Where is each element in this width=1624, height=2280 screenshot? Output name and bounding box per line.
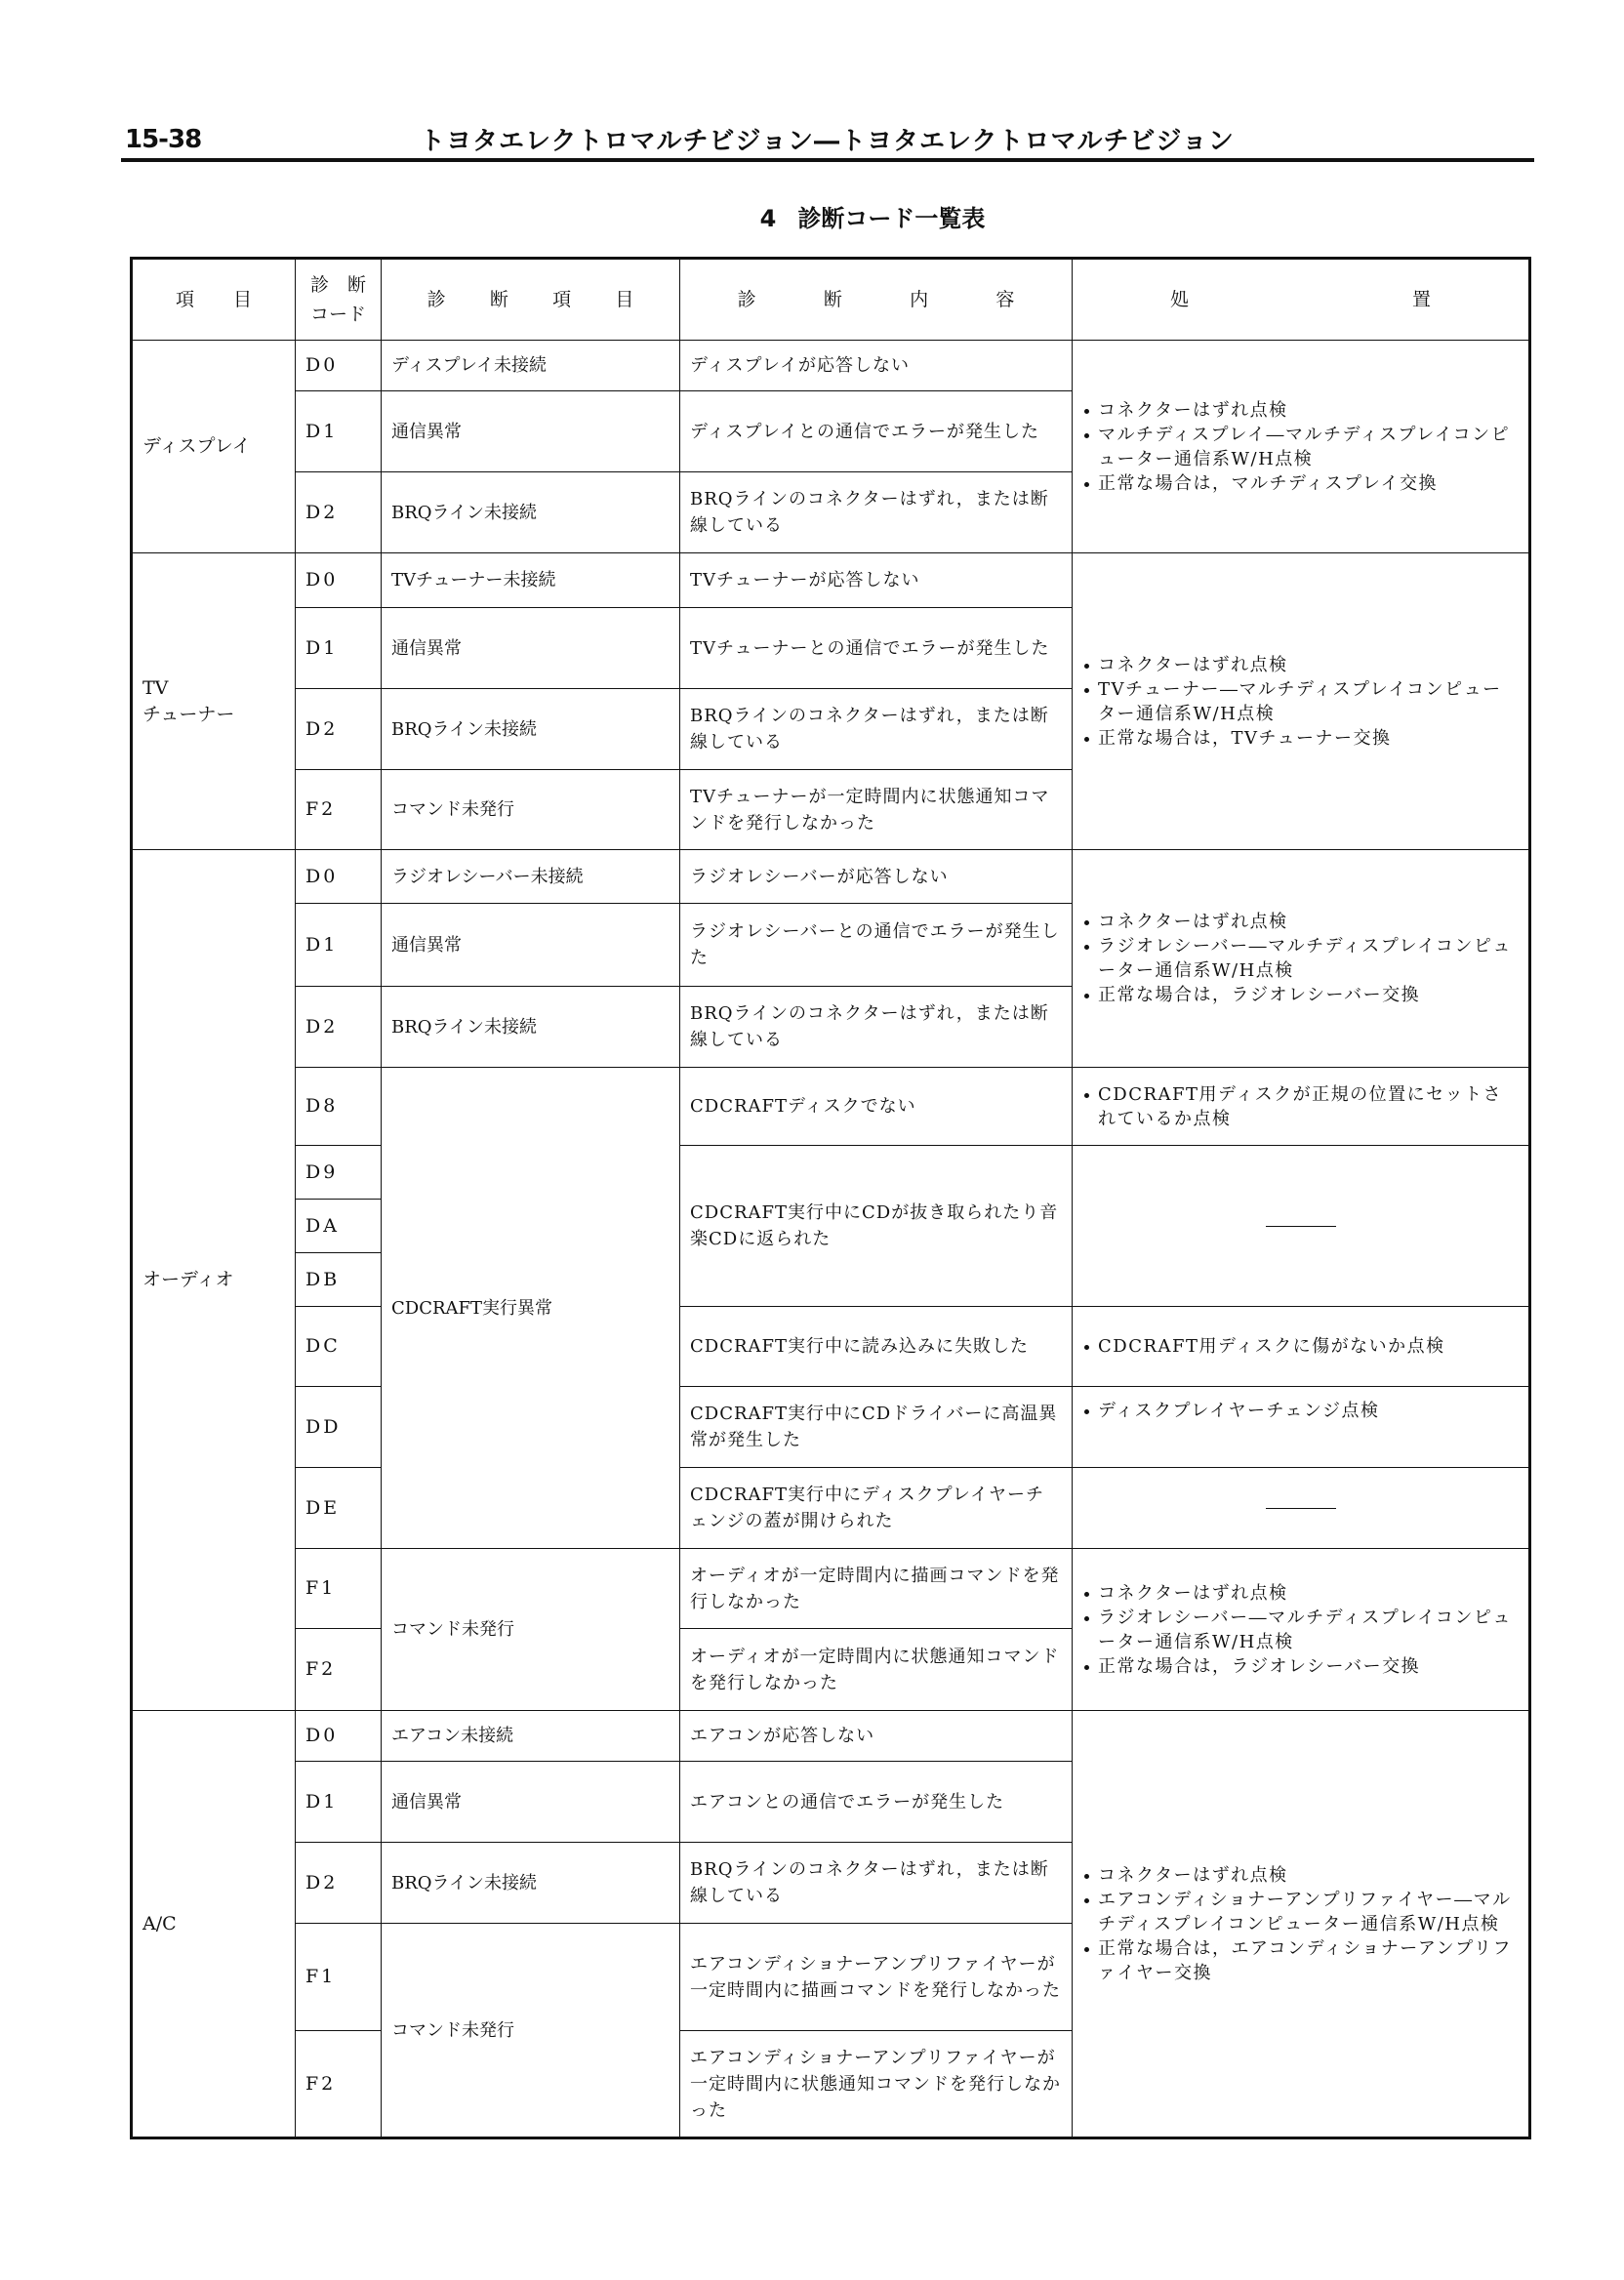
name-cell: 通信異常 bbox=[382, 608, 680, 689]
code-cell: D0 bbox=[296, 553, 382, 608]
header-detail: 診断内容 bbox=[680, 259, 1073, 341]
code-cell: DE bbox=[296, 1468, 382, 1549]
code-cell: D0 bbox=[296, 1711, 382, 1762]
detail-cell: CDCRAFT実行中にCDが抜き取られたり音楽CDに返られた bbox=[680, 1146, 1073, 1307]
name-cell: TVチューナー未接続 bbox=[382, 553, 680, 608]
action-item: 正常な場合は，マルチディスプレイ交換 bbox=[1082, 471, 1519, 496]
detail-cell: ラジオレシーバーとの通信でエラーが発生した bbox=[680, 904, 1073, 987]
name-cell: エアコン未接続 bbox=[382, 1711, 680, 1762]
action-item: コネクターはずれ点検 bbox=[1082, 1863, 1519, 1888]
name-cell: 通信異常 bbox=[382, 391, 680, 472]
name-cell: CDCRAFT実行異常 bbox=[382, 1068, 680, 1549]
detail-cell: TVチューナーとの通信でエラーが発生した bbox=[680, 608, 1073, 689]
action-cell: コネクターはずれ点検 エアコンディショナーアンプリファイヤー―マルチディスプレイ… bbox=[1073, 1711, 1530, 2138]
action-cell: コネクターはずれ点検 ラジオレシーバー―マルチディスプレイコンピューター通信系W… bbox=[1073, 1549, 1530, 1711]
code-cell: D2 bbox=[296, 689, 382, 770]
detail-cell: ディスプレイが応答しない bbox=[680, 341, 1073, 391]
action-item: コネクターはずれ点検 bbox=[1082, 398, 1519, 423]
group-tv-tuner: TVチューナー bbox=[132, 553, 296, 850]
detail-cell: エアコンディショナーアンプリファイヤーが一定時間内に描画コマンドを発行しなかった bbox=[680, 1924, 1073, 2031]
detail-cell: ラジオレシーバーが応答しない bbox=[680, 850, 1073, 904]
code-cell: F2 bbox=[296, 1629, 382, 1711]
detail-cell: TVチューナーが一定時間内に状態通知コマンドを発行しなかった bbox=[680, 770, 1073, 850]
table-row: TVチューナー D0 TVチューナー未接続 TVチューナーが応答しない コネクタ… bbox=[132, 553, 1530, 608]
detail-cell: BRQラインのコネクターはずれ，または断線している bbox=[680, 472, 1073, 553]
running-title: トヨタエレクトロマルチビジョン―トヨタエレクトロマルチビジョン bbox=[420, 121, 1235, 157]
code-cell: D2 bbox=[296, 472, 382, 553]
action-cell-none bbox=[1073, 1468, 1530, 1549]
table-row: オーディオ D0 ラジオレシーバー未接続 ラジオレシーバーが応答しない コネクタ… bbox=[132, 850, 1530, 904]
code-cell: F1 bbox=[296, 1924, 382, 2031]
name-cell: BRQライン未接続 bbox=[382, 472, 680, 553]
page-number: 15-38 bbox=[125, 125, 201, 154]
code-cell: F1 bbox=[296, 1549, 382, 1629]
action-cell: コネクターはずれ点検 TVチューナー―マルチディスプレイコンピューター通信系W/… bbox=[1073, 553, 1530, 850]
code-cell: F2 bbox=[296, 2031, 382, 2138]
detail-cell: エアコンとの通信でエラーが発生した bbox=[680, 1762, 1073, 1843]
group-ac: A/C bbox=[132, 1711, 296, 2138]
name-cell: 通信異常 bbox=[382, 904, 680, 987]
table-row: D8 CDCRAFT実行異常 CDCRAFTディスクでない CDCRAFT用ディ… bbox=[132, 1068, 1530, 1146]
code-cell: DA bbox=[296, 1200, 382, 1253]
table-row: A/C D0 エアコン未接続 エアコンが応答しない コネクターはずれ点検 エアコ… bbox=[132, 1711, 1530, 1762]
name-cell: ディスプレイ未接続 bbox=[382, 341, 680, 391]
action-cell: CDCRAFT用ディスクが正規の位置にセットされているか点検 bbox=[1073, 1068, 1530, 1146]
detail-cell: オーディオが一定時間内に状態通知コマンドを発行しなかった bbox=[680, 1629, 1073, 1711]
table-row: DE CDCRAFT実行中にディスクプレイヤーチェンジの蓋が開けられた bbox=[132, 1468, 1530, 1549]
code-cell: DD bbox=[296, 1387, 382, 1468]
detail-cell: CDCRAFT実行中にディスクプレイヤーチェンジの蓋が開けられた bbox=[680, 1468, 1073, 1549]
code-cell: F2 bbox=[296, 770, 382, 850]
action-item: CDCRAFT用ディスクが正規の位置にセットされているか点検 bbox=[1082, 1082, 1519, 1131]
name-cell: BRQライン未接続 bbox=[382, 1843, 680, 1924]
section-title: 4診断コード一覧表 bbox=[0, 199, 1624, 233]
table-row: DD CDCRAFT実行中にCDドライバーに高温異常が発生した ディスクプレイヤ… bbox=[132, 1387, 1530, 1468]
detail-cell: CDCRAFT実行中にCDドライバーに高温異常が発生した bbox=[680, 1387, 1073, 1468]
action-item: マルチディスプレイ―マルチディスプレイコンピューター通信系W/H点検 bbox=[1082, 423, 1519, 471]
name-cell: 通信異常 bbox=[382, 1762, 680, 1843]
code-cell: D0 bbox=[296, 341, 382, 391]
header-item: 項目 bbox=[132, 259, 296, 341]
code-cell: D2 bbox=[296, 987, 382, 1068]
group-audio: オーディオ bbox=[132, 850, 296, 1711]
action-cell: ディスクプレイヤーチェンジ点検 bbox=[1073, 1387, 1530, 1468]
action-item: 正常な場合は，ラジオレシーバー交換 bbox=[1082, 1654, 1519, 1679]
action-item: コネクターはずれ点検 bbox=[1082, 1581, 1519, 1606]
table-row: D9 CDCRAFT実行中にCDが抜き取られたり音楽CDに返られた bbox=[132, 1146, 1530, 1200]
section-number: 4 bbox=[760, 205, 777, 232]
action-item: 正常な場合は，エアコンディショナーアンプリファイヤー交換 bbox=[1082, 1936, 1519, 1985]
detail-cell: ディスプレイとの通信でエラーが発生した bbox=[680, 391, 1073, 472]
action-item: ラジオレシーバー―マルチディスプレイコンピューター通信系W/H点検 bbox=[1082, 934, 1519, 983]
code-cell: D1 bbox=[296, 391, 382, 472]
action-item: ディスクプレイヤーチェンジ点検 bbox=[1082, 1399, 1519, 1423]
code-cell: D2 bbox=[296, 1843, 382, 1924]
detail-cell: BRQラインのコネクターはずれ，または断線している bbox=[680, 689, 1073, 770]
code-cell: D9 bbox=[296, 1146, 382, 1200]
detail-cell: エアコンディショナーアンプリファイヤーが一定時間内に状態通知コマンドを発行しなか… bbox=[680, 2031, 1073, 2138]
action-item: CDCRAFT用ディスクに傷がないか点検 bbox=[1082, 1334, 1519, 1359]
group-display: ディスプレイ bbox=[132, 341, 296, 553]
header-code: 診 断コード bbox=[296, 259, 382, 341]
detail-cell: BRQラインのコネクターはずれ，または断線している bbox=[680, 1843, 1073, 1924]
name-cell: コマンド未発行 bbox=[382, 1924, 680, 2138]
code-cell: D0 bbox=[296, 850, 382, 904]
detail-cell: CDCRAFTディスクでない bbox=[680, 1068, 1073, 1146]
action-item: 正常な場合は，TVチューナー交換 bbox=[1082, 726, 1519, 751]
name-cell: BRQライン未接続 bbox=[382, 689, 680, 770]
header-action: 処置 bbox=[1073, 259, 1530, 341]
code-cell: D1 bbox=[296, 1762, 382, 1843]
detail-cell: オーディオが一定時間内に描画コマンドを発行しなかった bbox=[680, 1549, 1073, 1629]
code-cell: DB bbox=[296, 1253, 382, 1307]
detail-cell: エアコンが応答しない bbox=[680, 1711, 1073, 1762]
dash-line bbox=[1266, 1508, 1336, 1510]
action-cell: CDCRAFT用ディスクに傷がないか点検 bbox=[1073, 1307, 1530, 1387]
table-row: ディスプレイ D0 ディスプレイ未接続 ディスプレイが応答しない コネクターはず… bbox=[132, 341, 1530, 391]
action-item: コネクターはずれ点検 bbox=[1082, 653, 1519, 677]
table-header-row: 項目 診 断コード 診断項目 診断内容 処置 bbox=[132, 259, 1530, 341]
detail-cell: CDCRAFT実行中に読み込みに失敗した bbox=[680, 1307, 1073, 1387]
action-item: 正常な場合は，ラジオレシーバー交換 bbox=[1082, 983, 1519, 1007]
dash-line bbox=[1266, 1226, 1336, 1228]
name-cell: コマンド未発行 bbox=[382, 1549, 680, 1711]
detail-cell: BRQラインのコネクターはずれ，または断線している bbox=[680, 987, 1073, 1068]
name-cell: BRQライン未接続 bbox=[382, 987, 680, 1068]
action-item: TVチューナー―マルチディスプレイコンピューター通信系W/H点検 bbox=[1082, 677, 1519, 726]
detail-cell: TVチューナーが応答しない bbox=[680, 553, 1073, 608]
table-row: DC CDCRAFT実行中に読み込みに失敗した CDCRAFT用ディスクに傷がな… bbox=[132, 1307, 1530, 1387]
code-cell: D1 bbox=[296, 904, 382, 987]
code-cell: D1 bbox=[296, 608, 382, 689]
header-name: 診断項目 bbox=[382, 259, 680, 341]
action-item: コネクターはずれ点検 bbox=[1082, 910, 1519, 934]
name-cell: ラジオレシーバー未接続 bbox=[382, 850, 680, 904]
action-item: ラジオレシーバー―マルチディスプレイコンピューター通信系W/H点検 bbox=[1082, 1606, 1519, 1654]
action-cell: コネクターはずれ点検 ラジオレシーバー―マルチディスプレイコンピューター通信系W… bbox=[1073, 850, 1530, 1068]
name-cell: コマンド未発行 bbox=[382, 770, 680, 850]
action-cell-none bbox=[1073, 1146, 1530, 1307]
diagnostic-code-table: 項目 診 断コード 診断項目 診断内容 処置 ディスプレイ D0 ディスプレイ未… bbox=[130, 257, 1531, 2139]
table-row: F1 コマンド未発行 オーディオが一定時間内に描画コマンドを発行しなかった コネ… bbox=[132, 1549, 1530, 1629]
code-cell: D8 bbox=[296, 1068, 382, 1146]
action-cell: コネクターはずれ点検 マルチディスプレイ―マルチディスプレイコンピューター通信系… bbox=[1073, 341, 1530, 553]
section-title-text: 診断コード一覧表 bbox=[797, 205, 985, 232]
action-item: エアコンディショナーアンプリファイヤー―マルチディスプレイコンピューター通信系W… bbox=[1082, 1888, 1519, 1936]
header-rule bbox=[121, 158, 1534, 162]
code-cell: DC bbox=[296, 1307, 382, 1387]
